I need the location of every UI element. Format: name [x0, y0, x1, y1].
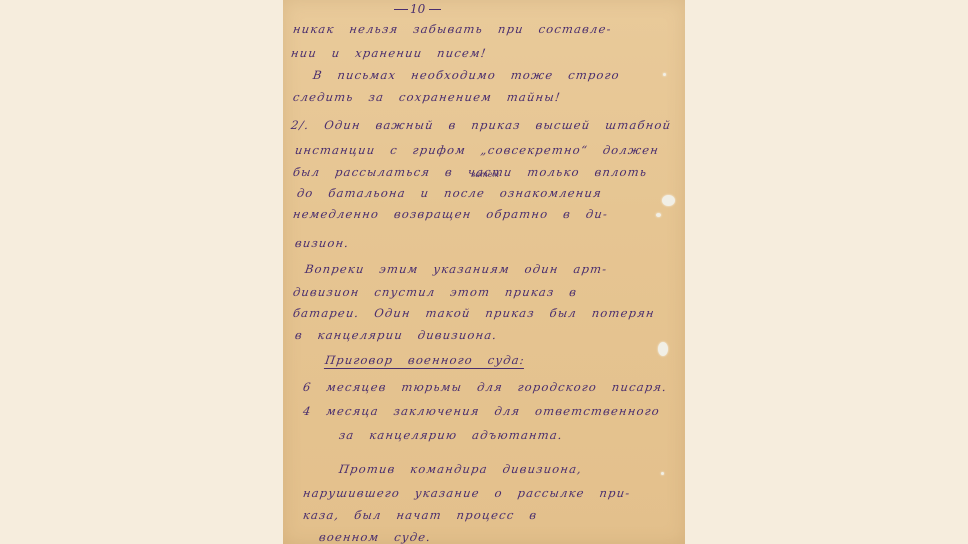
punch-hole	[663, 73, 666, 76]
document-page: 10 никак нельзя забывать при составле- н…	[283, 0, 685, 544]
page-number: 10	[410, 2, 425, 16]
text-line: до батальона и после ознакомления	[296, 186, 603, 200]
section-heading: Приговор военного суда:	[324, 353, 526, 369]
text-line: инстанции с грифом „совсекретно“ должен	[294, 143, 660, 157]
text-line: визион.	[294, 236, 350, 250]
text-line: 4 месяца заключения для ответственного	[302, 404, 661, 418]
text-line: батареи. Один такой приказ был потерян	[292, 306, 656, 320]
text-line: нарушившего указание о рассылке при-	[302, 486, 631, 500]
punch-hole	[656, 213, 661, 217]
insertion-note: затем	[471, 170, 499, 179]
text-line: дивизион спустил этот приказ в	[292, 285, 578, 299]
text-line: нии и хранении писем!	[290, 46, 488, 60]
punch-hole	[662, 195, 675, 206]
text-line: за канцелярию адъютанта.	[338, 428, 564, 442]
text-line: В письмах необходимо тоже строго	[312, 68, 621, 82]
punch-hole	[661, 472, 664, 475]
text-line: немедленно возвращен обратно в ди-	[292, 207, 609, 221]
text-line: каза, был начат процесс в	[302, 508, 538, 522]
text-line: 2/. Один важный в приказ высшей штабной	[290, 118, 672, 132]
text-line: в канцелярии дивизиона.	[294, 328, 498, 342]
text-line: военном суде.	[318, 530, 432, 544]
text-line: следить за сохранением тайны!	[292, 90, 562, 104]
text-line: 6 месяцев тюрьмы для городского писаря.	[302, 380, 668, 394]
text-line: Против командира дивизиона,	[338, 462, 583, 476]
punch-hole	[658, 342, 668, 356]
text-line: никак нельзя забывать при составле-	[292, 22, 613, 36]
text-line: Вопреки этим указаниям один арт-	[304, 262, 608, 276]
